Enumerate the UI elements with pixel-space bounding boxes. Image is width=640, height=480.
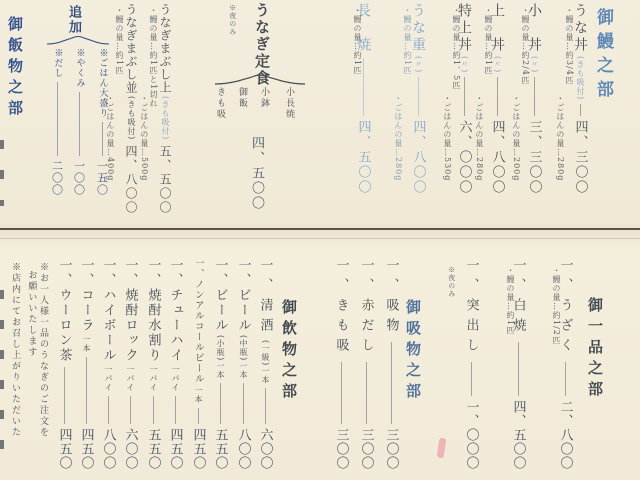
item-price: 四五〇 [169,428,182,470]
item-tsukidashi: 一、突出し 一、〇〇〇 [461,258,481,470]
item-price: 一、〇〇〇 [465,400,478,470]
item-price: 五五〇 [147,428,160,470]
section-title-ippin: 御一品之部 [587,297,602,402]
menu-page-bottom: 御一品之部 一、うざく 二、八〇〇 ・鰻の量…約1/2匹 一、白焼 四、五〇〇 … [0,240,640,480]
item-mabushi-jo: うなぎまぶし上 (きも吸付) 五、五〇〇 [155,3,175,195]
item-name: 一、チューハイ [169,258,182,363]
item-price: 一五〇 [97,160,108,196]
item-price: 六〇〇 [259,428,272,470]
price-leader [76,353,96,428]
item-qualifier: 一パイ [149,365,157,392]
item-note-unadon: ・鰻の量…約3/4匹 ・ごはんの量…280g [552,6,574,194]
price-leader [143,392,163,428]
item-qualifier: 一パイ [171,365,179,392]
item-note-shirayaki: ・鰻の量…約1匹 [493,266,515,466]
item-name: 一、突出し [465,258,478,358]
tsuika-title: 追加 [64,5,83,35]
price-leader [210,379,230,428]
price-leader [188,404,208,428]
item-shochu-rock: 一、焼酎ロック 一パイ 六〇〇 [120,258,140,470]
menu-page-top: 御鰻之部 うな丼 (きも吸付) 四、三〇〇 ・鰻の量…約3/4匹 ・ごはんの量…… [0,0,640,228]
item-name: うな重 [411,3,425,54]
teishoku-brace [214,73,306,86]
tsuika-brace [46,35,110,46]
price-leader [98,392,118,428]
price-leader [155,140,175,145]
item-name: うな丼 [573,3,587,54]
item-beer-kobin: 一、ビール (小瓶)一本 五五〇 [210,258,230,470]
item-chuhai: 一、チューハイ 一パイ 四五〇 [165,258,185,470]
item-name: 一、ビール [237,258,250,333]
item-qualifier: (きも吸付) [576,56,584,100]
price-leader [461,358,481,400]
teishoku-night-note: ※夜のみ [228,4,236,36]
item-price: 三〇〇 [335,428,348,470]
item-qualifier: (〃) [530,56,538,73]
item-suimono: 一、吸物 三〇〇 [381,258,401,470]
teishoku-item-kimosui: きも吸 [215,87,224,120]
item-name: ※やくみ [75,48,84,88]
item-qualifier: (一級)一本 [261,340,269,384]
item-name: 一、吸物 [385,258,398,338]
clipped-text-fragments [0,290,4,470]
price-leader [47,78,67,160]
item-price: 五、五〇〇 [159,145,171,215]
item-note-kodon: ・鰻の量…約2/4匹 ・ごはんの量…200g [508,6,530,194]
item-name: 一、焼酎ロック [124,258,137,363]
item-kimosui: 一、きも吸 三〇〇 [331,258,351,470]
item-price: 四五〇 [80,428,93,470]
item-qualifier: 一パイ [126,365,134,392]
item-name: 一、コーラ [80,258,93,333]
item-note-uzaku: ・鰻の量…約1/2匹 [539,266,561,466]
item-price: 三〇〇 [385,428,398,470]
item-qualifier: (小瓶)一本 [216,335,224,379]
item-price: 四、八〇〇 [125,145,137,215]
item-name: 一、焼酎水割り [147,258,160,363]
item-name: 一、ハイボール [102,258,115,363]
item-qualifier: 一本 [194,386,202,404]
price-leader [255,384,275,428]
teishoku-item-gohan: 御飯 [237,87,246,109]
item-name: 一、ウーロン茶 [58,258,71,363]
section-title-suimono: 御吸物之部 [405,299,420,404]
item-beer-chubin: 一、ビール (中瓶)一本 八〇〇 [233,258,253,470]
item-qualifier: 一本 [82,335,90,353]
item-price: 三〇〇 [360,428,373,470]
item-price: 八〇〇 [237,428,250,470]
item-shochu-mizuwari: 一、焼酎水割り 一パイ 五五〇 [143,258,163,470]
price-leader [120,392,140,428]
price-leader [92,118,112,160]
item-oolong-tea: 一、ウーロン茶 四五〇 [54,258,74,470]
price-leader [69,88,89,160]
item-name: うなぎまぶし並 [125,3,137,94]
item-note-tokujodon: ・鰻の量…約1、5匹 ・ごはんの量…530g [439,6,461,194]
item-price: 四、五〇〇 [357,120,370,195]
item-price: 四五〇 [58,428,71,470]
item-price: 六〇〇 [124,428,137,470]
page-divider-line [0,228,640,230]
item-highball: 一、ハイボール 一パイ 八〇〇 [98,258,118,470]
item-akadashi: 一、赤だし 三〇〇 [356,258,376,470]
item-price: 一〇〇 [74,160,85,196]
item-price: 二〇〇 [52,160,63,196]
item-name: うなぎまぶし上 [159,3,171,94]
price-leader [331,358,351,428]
item-name: 一、ノンアルコールビール [193,258,203,384]
item-name: 一、きも吸 [335,258,348,358]
section-title-unagi: 御鰻之部 [594,8,611,104]
item-note-tsukidashi: ※夜のみ [447,266,455,298]
price-leader [356,358,376,428]
teishoku-item-kobachi: 小鉢 [259,87,268,109]
price-leader [165,392,185,428]
clipped-text-fragments [0,140,4,206]
price-leader [54,363,74,428]
pink-smudge-mark [437,438,447,459]
item-name: ※だし [53,48,62,78]
item-price: 四、三〇〇 [574,120,587,195]
item-note-jodon: ・鰻の量…約1匹 ・ごはんの量…280g [471,6,493,194]
item-qualifier: (〃) [493,56,501,73]
tsuika-item-yakumi: ※やくみ 一〇〇 [69,48,89,196]
item-name: 一、ビール [214,258,227,333]
price-leader [381,338,401,428]
section-title-gohanmono: 御飯物之部 [7,16,22,121]
item-qualifier: (〃) [460,56,468,73]
tsuika-item-oomori: ※ごはん大盛り 一五〇 [92,48,112,196]
item-qualifier: (中瓶)一本 [239,335,247,379]
item-nonalcohol-beer: 一、ノンアルコールビール 一本 四五〇 [188,258,208,470]
item-qualifier: (〃) [414,56,422,73]
price-leader [121,140,141,145]
item-price: 四、八〇〇 [412,120,425,195]
item-qualifier: (きも吸付) [127,96,135,140]
item-price: 四五〇 [192,428,205,470]
teishoku-item-konagayaki: 小長焼 [284,87,293,120]
note-dine-in: ※店内にてお召し上がりいただいた [6,262,20,474]
tsuika-item-dashi: ※だし 二〇〇 [47,48,67,196]
teishoku-price: 四、五〇〇 [247,136,266,211]
price-leader [233,379,253,428]
item-price: 八〇〇 [102,428,115,470]
item-name: 一、清酒 [259,258,272,338]
item-mabushi-nami: うなぎまぶし並 (きも吸付) 四、八〇〇 [121,3,141,195]
page-divider-shadow [0,238,640,239]
item-cola: 一、コーラ 一本 四五〇 [76,258,96,470]
item-name: 一、赤だし [360,258,373,358]
item-name: ※ごはん大盛り [98,48,107,118]
item-qualifier: (きも吸付) [161,96,169,140]
item-note-nagayaki: ・鰻の量…約1匹 [340,6,362,126]
item-seishu: 一、清酒 (一級)一本 六〇〇 [255,258,275,470]
item-note-unaju: ・鰻の量…約1匹 ・ごはんの量…280g [390,6,412,194]
section-title-nomimono: 御飲物之部 [281,299,296,404]
item-price: 五五〇 [214,428,227,470]
note-one-order-per-person: ※お一人様一品のうなぎのご注文を お願いいたします [22,262,48,474]
item-qualifier: 一パイ [104,365,112,392]
menu-photo: 御鰻之部 うな丼 (きも吸付) 四、三〇〇 ・鰻の量…約3/4匹 ・ごはんの量…… [0,0,640,480]
